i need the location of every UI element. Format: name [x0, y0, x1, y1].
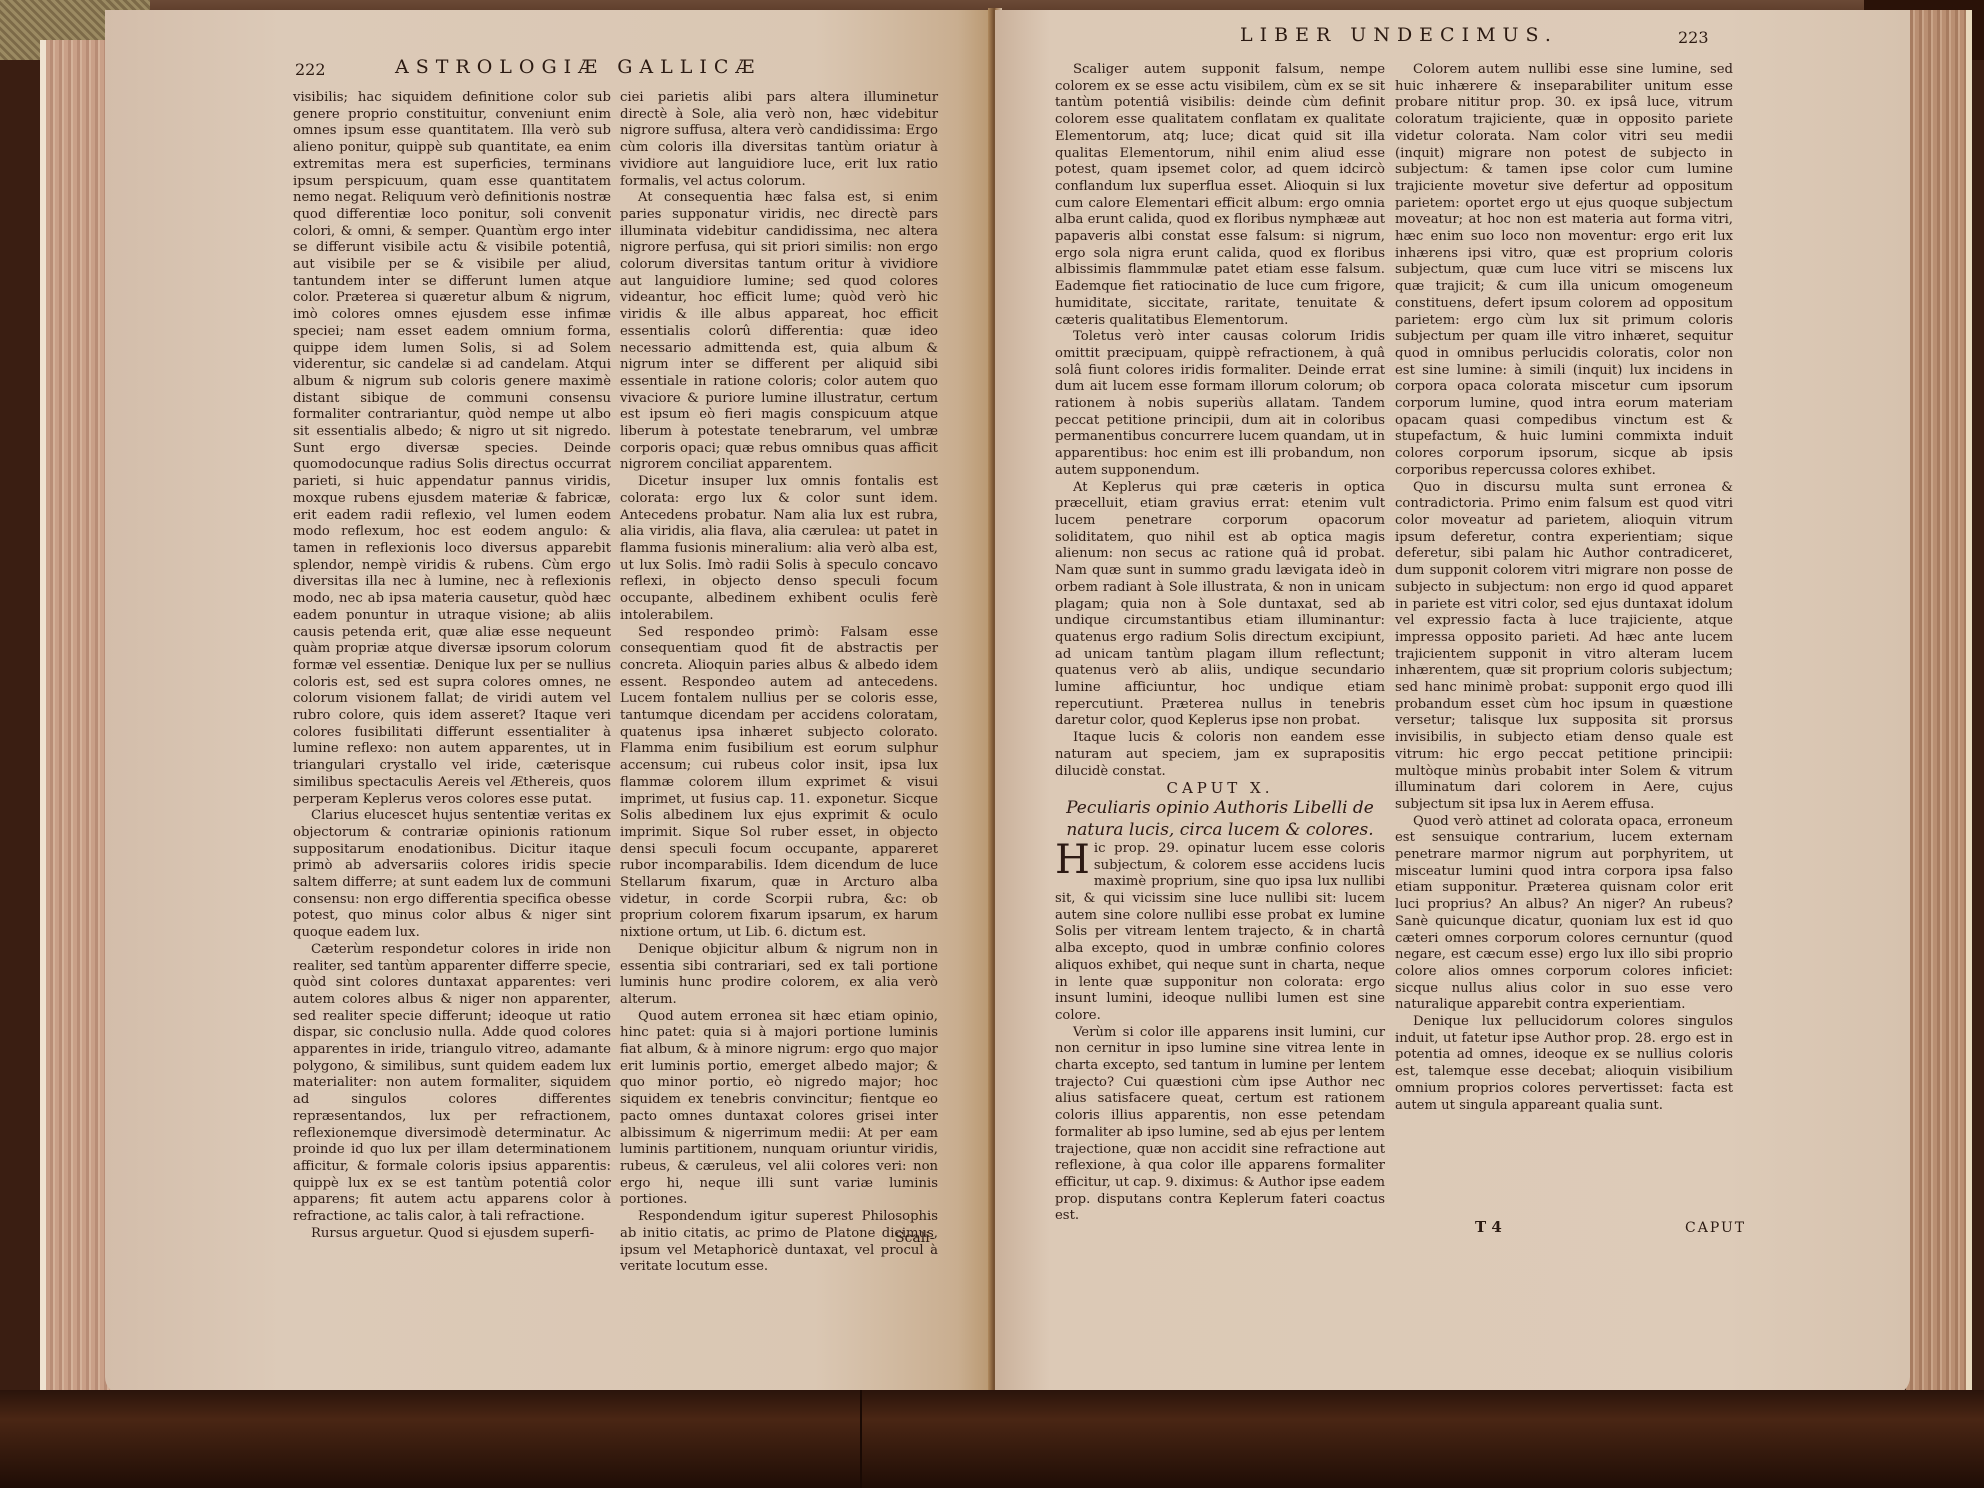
running-head: LIBER UNDECIMUS. [1240, 24, 1558, 46]
right-page: LIBER UNDECIMUS. 223 Scaliger autem supp… [995, 10, 1910, 1395]
paragraph: Colorem autem nullibi esse sine lumine, … [1395, 62, 1733, 480]
signature-mark: T 4 [1475, 1218, 1502, 1236]
left-page: 222 ASTROLOGIÆ GALLICÆ visibilis; hac si… [105, 10, 993, 1395]
paragraph: visibilis; hac siquidem definitione colo… [293, 90, 611, 808]
paragraph: ciei parietis alibi pars altera illumine… [620, 90, 938, 190]
chapter-title: Peculiaris opinio Authoris Libelli de na… [1055, 797, 1385, 841]
paragraph: Dicetur insuper lux omnis fontalis est c… [620, 474, 938, 624]
paragraph-text: ic prop. 29. opinatur lucem esse coloris… [1055, 841, 1385, 1023]
right-page-column-2: Colorem autem nullibi esse sine lumine, … [1395, 62, 1733, 1114]
catchword: Scali- [895, 1230, 934, 1246]
catchword: CAPUT [1685, 1220, 1746, 1236]
running-head: ASTROLOGIÆ GALLICÆ [395, 56, 761, 78]
paragraph: Respondendum igitur superest Philosophis… [620, 1209, 938, 1276]
chapter-first-paragraph: Hic prop. 29. opinatur lucem esse colori… [1055, 841, 1385, 1025]
paragraph: At consequentia hæc falsa est, si enim p… [620, 190, 938, 474]
drop-cap: H [1055, 843, 1090, 877]
paragraph: Rursus arguetur. Quod si ejusdem superfi… [293, 1226, 611, 1243]
paragraph: Toletus verò inter causas colorum Iridis… [1055, 329, 1385, 479]
paragraph: At Keplerus qui præ cæteris in optica pr… [1055, 480, 1385, 731]
paragraph: Sed respondeo primò: Falsam esse consequ… [620, 625, 938, 942]
paragraph: Cæterùm respondetur colores in iride non… [293, 942, 611, 1226]
right-page-column-1: Scaliger autem supponit falsum, nempe co… [1055, 62, 1385, 1225]
paragraph: Clarius elucescet hujus sententiæ verita… [293, 808, 611, 942]
paragraph: Scaliger autem supponit falsum, nempe co… [1055, 62, 1385, 329]
right-page-edges [1906, 10, 1972, 1390]
wooden-table [0, 1390, 1984, 1488]
paragraph: Itaque lucis & coloris non eandem esse n… [1055, 730, 1385, 780]
paragraph: Denique lux pellucidorum colores singulo… [1395, 1014, 1733, 1114]
page-number: 222 [295, 60, 326, 79]
paragraph: Verùm si color ille apparens insit lumin… [1055, 1025, 1385, 1225]
paragraph: Quo in discursu multa sunt erronea & con… [1395, 480, 1733, 814]
paragraph: Denique objicitur album & nigrum non in … [620, 942, 938, 1009]
page-number: 223 [1678, 28, 1709, 47]
paragraph: Quod autem erronea sit hæc etiam opinio,… [620, 1009, 938, 1209]
chapter-heading: CAPUT X. [1055, 780, 1385, 797]
left-page-column-1: visibilis; hac siquidem definitione colo… [293, 90, 611, 1243]
left-page-column-2: ciei parietis alibi pars altera illumine… [620, 90, 938, 1276]
paragraph: Quod verò attinet ad colorata opaca, err… [1395, 814, 1733, 1014]
